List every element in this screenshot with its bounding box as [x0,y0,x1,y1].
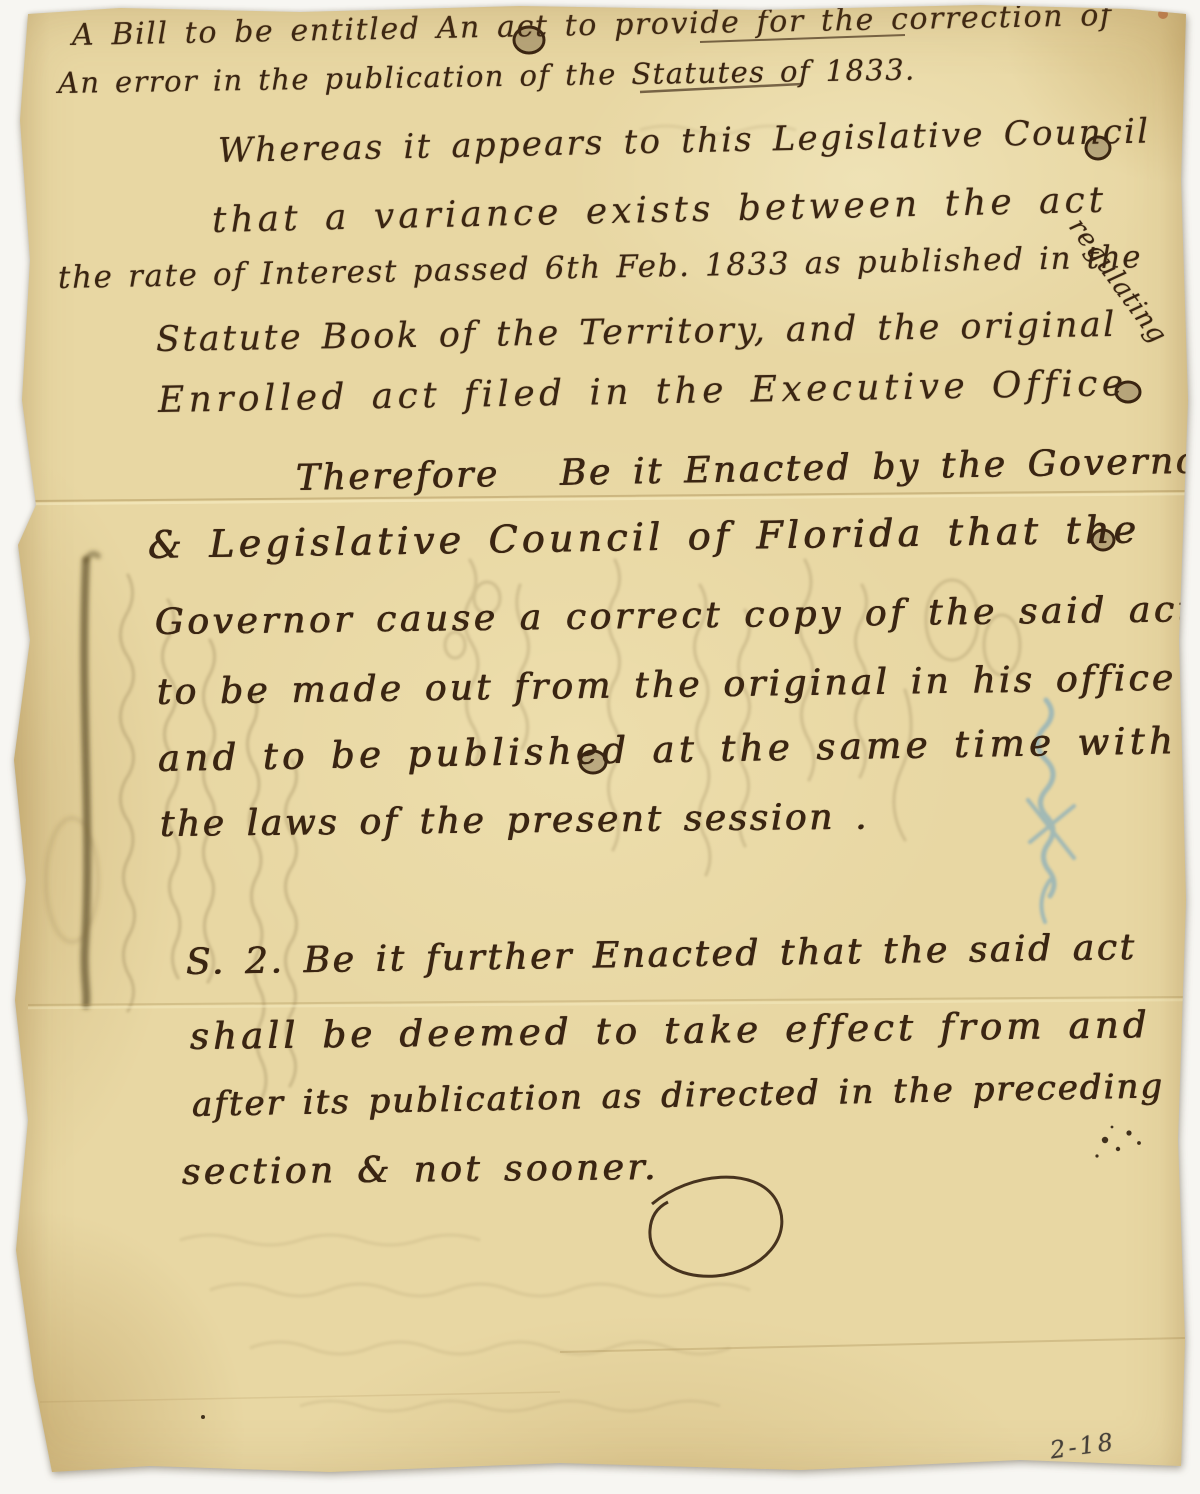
body-line-interest: the rate of Interest passed 6th Feb. 183… [58,241,1143,294]
paper-shadow: A Bill to be entitled An act to provide … [0,0,1200,1494]
title-line-2: An error in the publication of the Statu… [58,55,916,99]
body-line-correct-copy: Governor cause a correct copy of the sai… [155,591,1196,642]
body-line-statute-book: Statute Book of the Territory, and the o… [156,307,1117,359]
section2-line-3: after its publication as directed in the… [192,1069,1165,1123]
scanned-document: A Bill to be entitled An act to provide … [0,0,1200,1494]
title-line-1: A Bill to be entitled An act to provide … [72,0,1113,51]
body-line-enrolled-act: Enrolled act filed in the Executive Offi… [158,365,1128,420]
body-line-whereas: Whereas it appears to this Legislative C… [218,114,1151,169]
section2-line-1: S. 2. Be it further Enacted that the sai… [186,929,1137,982]
flourish-loop [650,1177,782,1276]
body-line-present-session: the laws of the present session . [160,799,870,844]
body-line-published-same-time: and to be published at the same time wit… [158,722,1178,779]
body-line-variance: that a variance exists between the act [212,182,1108,240]
section2-line-4: section & not sooner. [182,1149,659,1192]
body-line-made-out: to be made out from the original in his … [157,660,1177,712]
rust-speck [1158,9,1168,19]
body-line-therefore: Therefore Be it Enacted by the Governor [296,442,1200,498]
body-line-council-florida: & Legislative Council of Florida that th… [148,510,1141,565]
page-number-pencil: 2-18 [1048,1428,1117,1465]
manuscript-page: A Bill to be entitled An act to provide … [0,0,1200,1494]
graphite-streak [46,554,98,1005]
section2-line-2: shall be deemed to take effect from and [190,1006,1151,1057]
